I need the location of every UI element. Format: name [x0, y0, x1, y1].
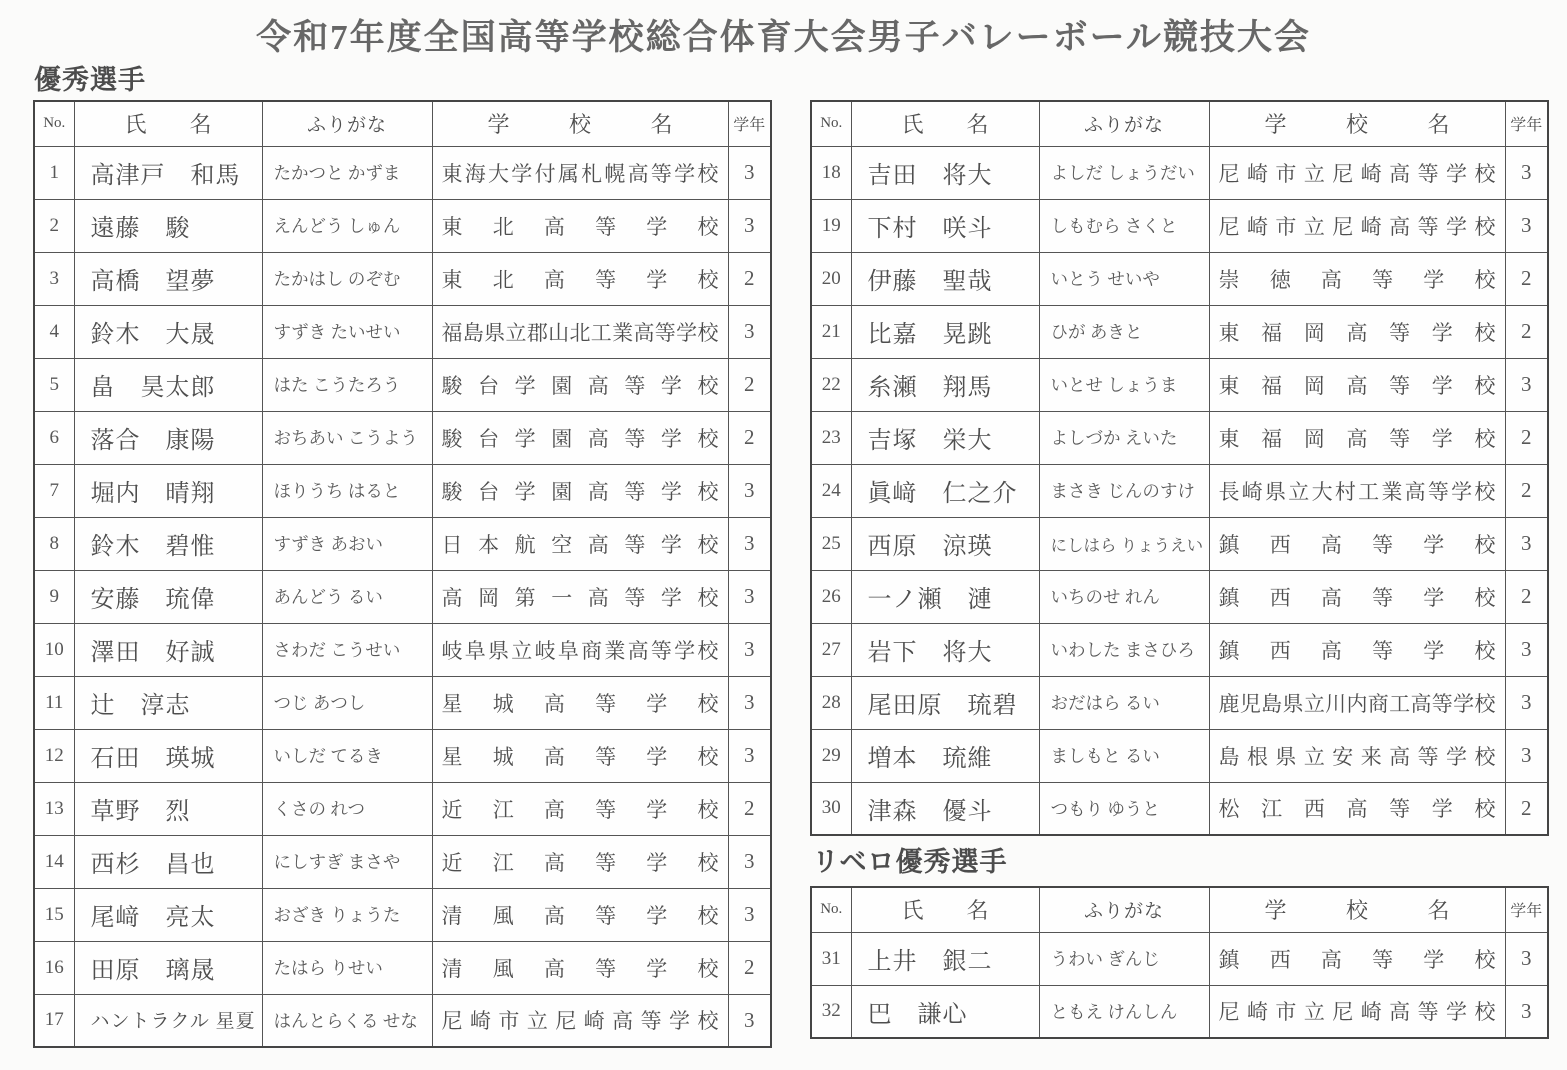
player-no: 26	[811, 570, 851, 623]
player-no: 15	[34, 888, 74, 941]
player-row: 17ハントラクル 星夏はんとらくる せな尼崎市立尼崎高等学校3	[34, 994, 771, 1047]
player-row: 1高津戸 和馬たかつと かずま東海大学付属札幌高等学校3	[34, 146, 771, 199]
col-header-school: 学校名	[1209, 101, 1505, 146]
player-name: 吉塚 栄大	[851, 411, 1039, 464]
player-grade: 2	[728, 252, 771, 305]
player-no: 12	[34, 729, 74, 782]
col-header-no: No.	[34, 101, 74, 146]
player-furigana: ともえ けんしん	[1039, 985, 1209, 1038]
player-furigana: たかはし のぞむ	[262, 252, 432, 305]
player-grade: 3	[1505, 199, 1548, 252]
player-no: 32	[811, 985, 851, 1038]
player-no: 23	[811, 411, 851, 464]
player-name: 畠 昊太郎	[74, 358, 262, 411]
player-grade: 2	[1505, 782, 1548, 835]
player-school: 岐阜県立岐阜商業高等学校	[432, 623, 728, 676]
player-school: 星城高等学校	[432, 676, 728, 729]
col-header-no: No.	[811, 887, 851, 932]
player-grade: 3	[728, 464, 771, 517]
player-school: 長崎県立大村工業高等学校	[1209, 464, 1505, 517]
col-header-furigana: ふりがな	[1039, 101, 1209, 146]
player-no: 22	[811, 358, 851, 411]
player-row: 8鈴木 碧惟すずき あおい日本航空高等学校3	[34, 517, 771, 570]
player-row: 25西原 涼瑛にしはら りょうえい鎮西高等学校3	[811, 517, 1548, 570]
player-grade: 2	[1505, 411, 1548, 464]
player-name: 吉田 将大	[851, 146, 1039, 199]
player-row: 15尾﨑 亮太おざき りょうた清風高等学校3	[34, 888, 771, 941]
player-no: 8	[34, 517, 74, 570]
player-furigana: えんどう しゅん	[262, 199, 432, 252]
player-school: 東北高等学校	[432, 252, 728, 305]
player-no: 14	[34, 835, 74, 888]
player-row: 19下村 咲斗しもむら さくと尼崎市立尼崎高等学校3	[811, 199, 1548, 252]
player-grade: 3	[1505, 623, 1548, 676]
player-no: 11	[34, 676, 74, 729]
player-grade: 3	[728, 888, 771, 941]
player-name: 比嘉 晃跳	[851, 305, 1039, 358]
player-school: 鹿児島県立川内商工高等学校	[1209, 676, 1505, 729]
player-furigana: たはら りせい	[262, 941, 432, 994]
player-no: 1	[34, 146, 74, 199]
player-school: 星城高等学校	[432, 729, 728, 782]
player-furigana: はんとらくる せな	[262, 994, 432, 1047]
player-no: 3	[34, 252, 74, 305]
player-furigana: にしすぎ まさや	[262, 835, 432, 888]
player-grade: 3	[728, 994, 771, 1047]
player-row: 16田原 璃晟たはら りせい清風高等学校2	[34, 941, 771, 994]
player-row: 14西杉 昌也にしすぎ まさや近江高等学校3	[34, 835, 771, 888]
col-header-furigana: ふりがな	[1039, 887, 1209, 932]
player-row: 18吉田 将大よしだ しょうだい尼崎市立尼崎高等学校3	[811, 146, 1548, 199]
player-school: 東福岡高等学校	[1209, 358, 1505, 411]
player-school: 駿台学園高等学校	[432, 464, 728, 517]
player-name: 遠藤 駿	[74, 199, 262, 252]
player-grade: 3	[1505, 146, 1548, 199]
player-furigana: おちあい こうよう	[262, 411, 432, 464]
player-no: 30	[811, 782, 851, 835]
player-furigana: つもり ゆうと	[1039, 782, 1209, 835]
player-grade: 2	[1505, 570, 1548, 623]
player-grade: 3	[728, 623, 771, 676]
player-grade: 3	[728, 305, 771, 358]
player-furigana: しもむら さくと	[1039, 199, 1209, 252]
player-name: 辻 淳志	[74, 676, 262, 729]
table-header-row: No. 氏名 ふりがな 学校名 学年	[34, 101, 771, 146]
player-furigana: たかつと かずま	[262, 146, 432, 199]
player-school: 鎮西高等学校	[1209, 623, 1505, 676]
player-no: 9	[34, 570, 74, 623]
player-school: 崇徳高等学校	[1209, 252, 1505, 305]
player-no: 21	[811, 305, 851, 358]
section-label-excellent-players: 優秀選手	[34, 58, 146, 97]
player-row: 28尾田原 琉碧おだはら るい鹿児島県立川内商工高等学校3	[811, 676, 1548, 729]
player-no: 2	[34, 199, 74, 252]
table-header-row: No. 氏名 ふりがな 学校名 学年	[811, 101, 1548, 146]
excellent-players-table-left: No. 氏名 ふりがな 学校名 学年 1高津戸 和馬たかつと かずま東海大学付属…	[33, 100, 772, 1048]
player-school: 日本航空高等学校	[432, 517, 728, 570]
player-school: 尼崎市立尼崎高等学校	[1209, 985, 1505, 1038]
player-grade: 2	[728, 941, 771, 994]
player-no: 27	[811, 623, 851, 676]
player-grade: 2	[728, 411, 771, 464]
excellent-players-table-right: No. 氏名 ふりがな 学校名 学年 18吉田 将大よしだ しょうだい尼崎市立尼…	[810, 100, 1549, 836]
col-header-name: 氏名	[851, 887, 1039, 932]
player-grade: 3	[1505, 729, 1548, 782]
player-grade: 3	[728, 676, 771, 729]
player-school: 高岡第一高等学校	[432, 570, 728, 623]
col-header-no: No.	[811, 101, 851, 146]
player-row: 24眞﨑 仁之介まさき じんのすけ長崎県立大村工業高等学校2	[811, 464, 1548, 517]
player-school: 近江高等学校	[432, 782, 728, 835]
player-name: 鈴木 碧惟	[74, 517, 262, 570]
player-row: 26一ノ瀬 漣いちのせ れん鎮西高等学校2	[811, 570, 1548, 623]
player-school: 福島県立郡山北工業高等学校	[432, 305, 728, 358]
page-title: 令和7年度全国高等学校総合体育大会男子バレーボール競技大会	[0, 10, 1567, 60]
player-furigana: ひが あきと	[1039, 305, 1209, 358]
player-name: 下村 咲斗	[851, 199, 1039, 252]
player-no: 17	[34, 994, 74, 1047]
player-school: 清風高等学校	[432, 888, 728, 941]
player-grade: 3	[1505, 932, 1548, 985]
player-row: 27岩下 将大いわした まさひろ鎮西高等学校3	[811, 623, 1548, 676]
player-grade: 2	[1505, 252, 1548, 305]
player-grade: 2	[728, 782, 771, 835]
player-row: 10澤田 好誠さわだ こうせい岐阜県立岐阜商業高等学校3	[34, 623, 771, 676]
player-furigana: いとせ しょうま	[1039, 358, 1209, 411]
player-name: 上井 銀二	[851, 932, 1039, 985]
player-name: 岩下 将大	[851, 623, 1039, 676]
col-header-grade: 学年	[728, 101, 771, 146]
section-label-libero-players: リベロ優秀選手	[812, 840, 1007, 879]
player-grade: 3	[1505, 985, 1548, 1038]
player-school: 尼崎市立尼崎高等学校	[1209, 146, 1505, 199]
table-header-row: No. 氏名 ふりがな 学校名 学年	[811, 887, 1548, 932]
player-row: 30津森 優斗つもり ゆうと松江西高等学校2	[811, 782, 1548, 835]
player-row: 5畠 昊太郎はた こうたろう駿台学園高等学校2	[34, 358, 771, 411]
player-row: 20伊藤 聖哉いとう せいや崇徳高等学校2	[811, 252, 1548, 305]
player-row: 2遠藤 駿えんどう しゅん東北高等学校3	[34, 199, 771, 252]
player-grade: 2	[1505, 464, 1548, 517]
player-row: 11辻 淳志つじ あつし星城高等学校3	[34, 676, 771, 729]
player-school: 松江西高等学校	[1209, 782, 1505, 835]
player-school: 鎮西高等学校	[1209, 517, 1505, 570]
player-school: 東福岡高等学校	[1209, 305, 1505, 358]
col-header-school: 学校名	[1209, 887, 1505, 932]
player-school: 鎮西高等学校	[1209, 932, 1505, 985]
player-grade: 3	[728, 199, 771, 252]
player-furigana: くさの れつ	[262, 782, 432, 835]
player-name: 西杉 昌也	[74, 835, 262, 888]
col-header-grade: 学年	[1505, 101, 1548, 146]
player-name: 糸瀬 翔馬	[851, 358, 1039, 411]
player-grade: 3	[728, 835, 771, 888]
player-furigana: おざき りょうた	[262, 888, 432, 941]
player-name: 一ノ瀬 漣	[851, 570, 1039, 623]
player-grade: 3	[728, 146, 771, 199]
player-name: 増本 琉維	[851, 729, 1039, 782]
player-name: 安藤 琉偉	[74, 570, 262, 623]
player-row: 21比嘉 晃跳ひが あきと東福岡高等学校2	[811, 305, 1548, 358]
player-furigana: まさき じんのすけ	[1039, 464, 1209, 517]
player-furigana: いしだ てるき	[262, 729, 432, 782]
player-furigana: よしづか えいた	[1039, 411, 1209, 464]
player-furigana: ほりうち はると	[262, 464, 432, 517]
player-furigana: おだはら るい	[1039, 676, 1209, 729]
player-grade: 3	[1505, 676, 1548, 729]
player-name: ハントラクル 星夏	[74, 994, 262, 1047]
col-header-school: 学校名	[432, 101, 728, 146]
player-no: 31	[811, 932, 851, 985]
libero-players-table: No. 氏名 ふりがな 学校名 学年 31上井 銀二うわい ぎんじ鎮西高等学校3…	[810, 886, 1549, 1039]
player-school: 尼崎市立尼崎高等学校	[432, 994, 728, 1047]
player-school: 東北高等学校	[432, 199, 728, 252]
player-name: 高橋 望夢	[74, 252, 262, 305]
player-school: 近江高等学校	[432, 835, 728, 888]
player-row: 31上井 銀二うわい ぎんじ鎮西高等学校3	[811, 932, 1548, 985]
player-furigana: いちのせ れん	[1039, 570, 1209, 623]
player-furigana: いわした まさひろ	[1039, 623, 1209, 676]
player-grade: 3	[1505, 358, 1548, 411]
player-grade: 3	[728, 729, 771, 782]
player-no: 5	[34, 358, 74, 411]
player-grade: 2	[728, 358, 771, 411]
col-header-furigana: ふりがな	[262, 101, 432, 146]
player-name: 眞﨑 仁之介	[851, 464, 1039, 517]
player-furigana: さわだ こうせい	[262, 623, 432, 676]
player-school: 鎮西高等学校	[1209, 570, 1505, 623]
player-furigana: すずき たいせい	[262, 305, 432, 358]
player-no: 19	[811, 199, 851, 252]
player-no: 10	[34, 623, 74, 676]
player-grade: 3	[728, 570, 771, 623]
player-furigana: うわい ぎんじ	[1039, 932, 1209, 985]
player-name: 鈴木 大晟	[74, 305, 262, 358]
player-row: 3高橋 望夢たかはし のぞむ東北高等学校2	[34, 252, 771, 305]
player-no: 16	[34, 941, 74, 994]
player-row: 32巴 謙心ともえ けんしん尼崎市立尼崎高等学校3	[811, 985, 1548, 1038]
player-row: 23吉塚 栄大よしづか えいた東福岡高等学校2	[811, 411, 1548, 464]
player-row: 9安藤 琉偉あんどう るい高岡第一高等学校3	[34, 570, 771, 623]
player-school: 清風高等学校	[432, 941, 728, 994]
player-no: 20	[811, 252, 851, 305]
player-furigana: ましもと るい	[1039, 729, 1209, 782]
player-no: 18	[811, 146, 851, 199]
player-name: 石田 瑛城	[74, 729, 262, 782]
player-row: 29増本 琉維ましもと るい島根県立安来高等学校3	[811, 729, 1548, 782]
col-header-name: 氏名	[851, 101, 1039, 146]
player-name: 高津戸 和馬	[74, 146, 262, 199]
player-name: 伊藤 聖哉	[851, 252, 1039, 305]
player-name: 澤田 好誠	[74, 623, 262, 676]
player-school: 尼崎市立尼崎高等学校	[1209, 199, 1505, 252]
player-row: 6落合 康陽おちあい こうよう駿台学園高等学校2	[34, 411, 771, 464]
player-school: 駿台学園高等学校	[432, 411, 728, 464]
player-furigana: すずき あおい	[262, 517, 432, 570]
player-no: 28	[811, 676, 851, 729]
player-no: 29	[811, 729, 851, 782]
player-name: 落合 康陽	[74, 411, 262, 464]
player-row: 7堀内 晴翔ほりうち はると駿台学園高等学校3	[34, 464, 771, 517]
player-name: 田原 璃晟	[74, 941, 262, 994]
player-row: 22糸瀬 翔馬いとせ しょうま東福岡高等学校3	[811, 358, 1548, 411]
player-name: 巴 謙心	[851, 985, 1039, 1038]
player-name: 津森 優斗	[851, 782, 1039, 835]
player-grade: 3	[1505, 517, 1548, 570]
player-row: 12石田 瑛城いしだ てるき星城高等学校3	[34, 729, 771, 782]
player-furigana: よしだ しょうだい	[1039, 146, 1209, 199]
player-no: 25	[811, 517, 851, 570]
player-row: 4鈴木 大晟すずき たいせい福島県立郡山北工業高等学校3	[34, 305, 771, 358]
player-no: 4	[34, 305, 74, 358]
player-name: 西原 涼瑛	[851, 517, 1039, 570]
player-furigana: にしはら りょうえい	[1039, 517, 1209, 570]
player-name: 尾﨑 亮太	[74, 888, 262, 941]
player-school: 島根県立安来高等学校	[1209, 729, 1505, 782]
player-name: 尾田原 琉碧	[851, 676, 1039, 729]
player-no: 13	[34, 782, 74, 835]
player-grade: 2	[1505, 305, 1548, 358]
player-no: 24	[811, 464, 851, 517]
player-no: 6	[34, 411, 74, 464]
player-no: 7	[34, 464, 74, 517]
player-furigana: あんどう るい	[262, 570, 432, 623]
player-school: 東海大学付属札幌高等学校	[432, 146, 728, 199]
player-name: 堀内 晴翔	[74, 464, 262, 517]
player-school: 東福岡高等学校	[1209, 411, 1505, 464]
player-furigana: つじ あつし	[262, 676, 432, 729]
player-name: 草野 烈	[74, 782, 262, 835]
player-furigana: はた こうたろう	[262, 358, 432, 411]
player-furigana: いとう せいや	[1039, 252, 1209, 305]
player-row: 13草野 烈くさの れつ近江高等学校2	[34, 782, 771, 835]
player-school: 駿台学園高等学校	[432, 358, 728, 411]
player-grade: 3	[728, 517, 771, 570]
col-header-name: 氏名	[74, 101, 262, 146]
col-header-grade: 学年	[1505, 887, 1548, 932]
